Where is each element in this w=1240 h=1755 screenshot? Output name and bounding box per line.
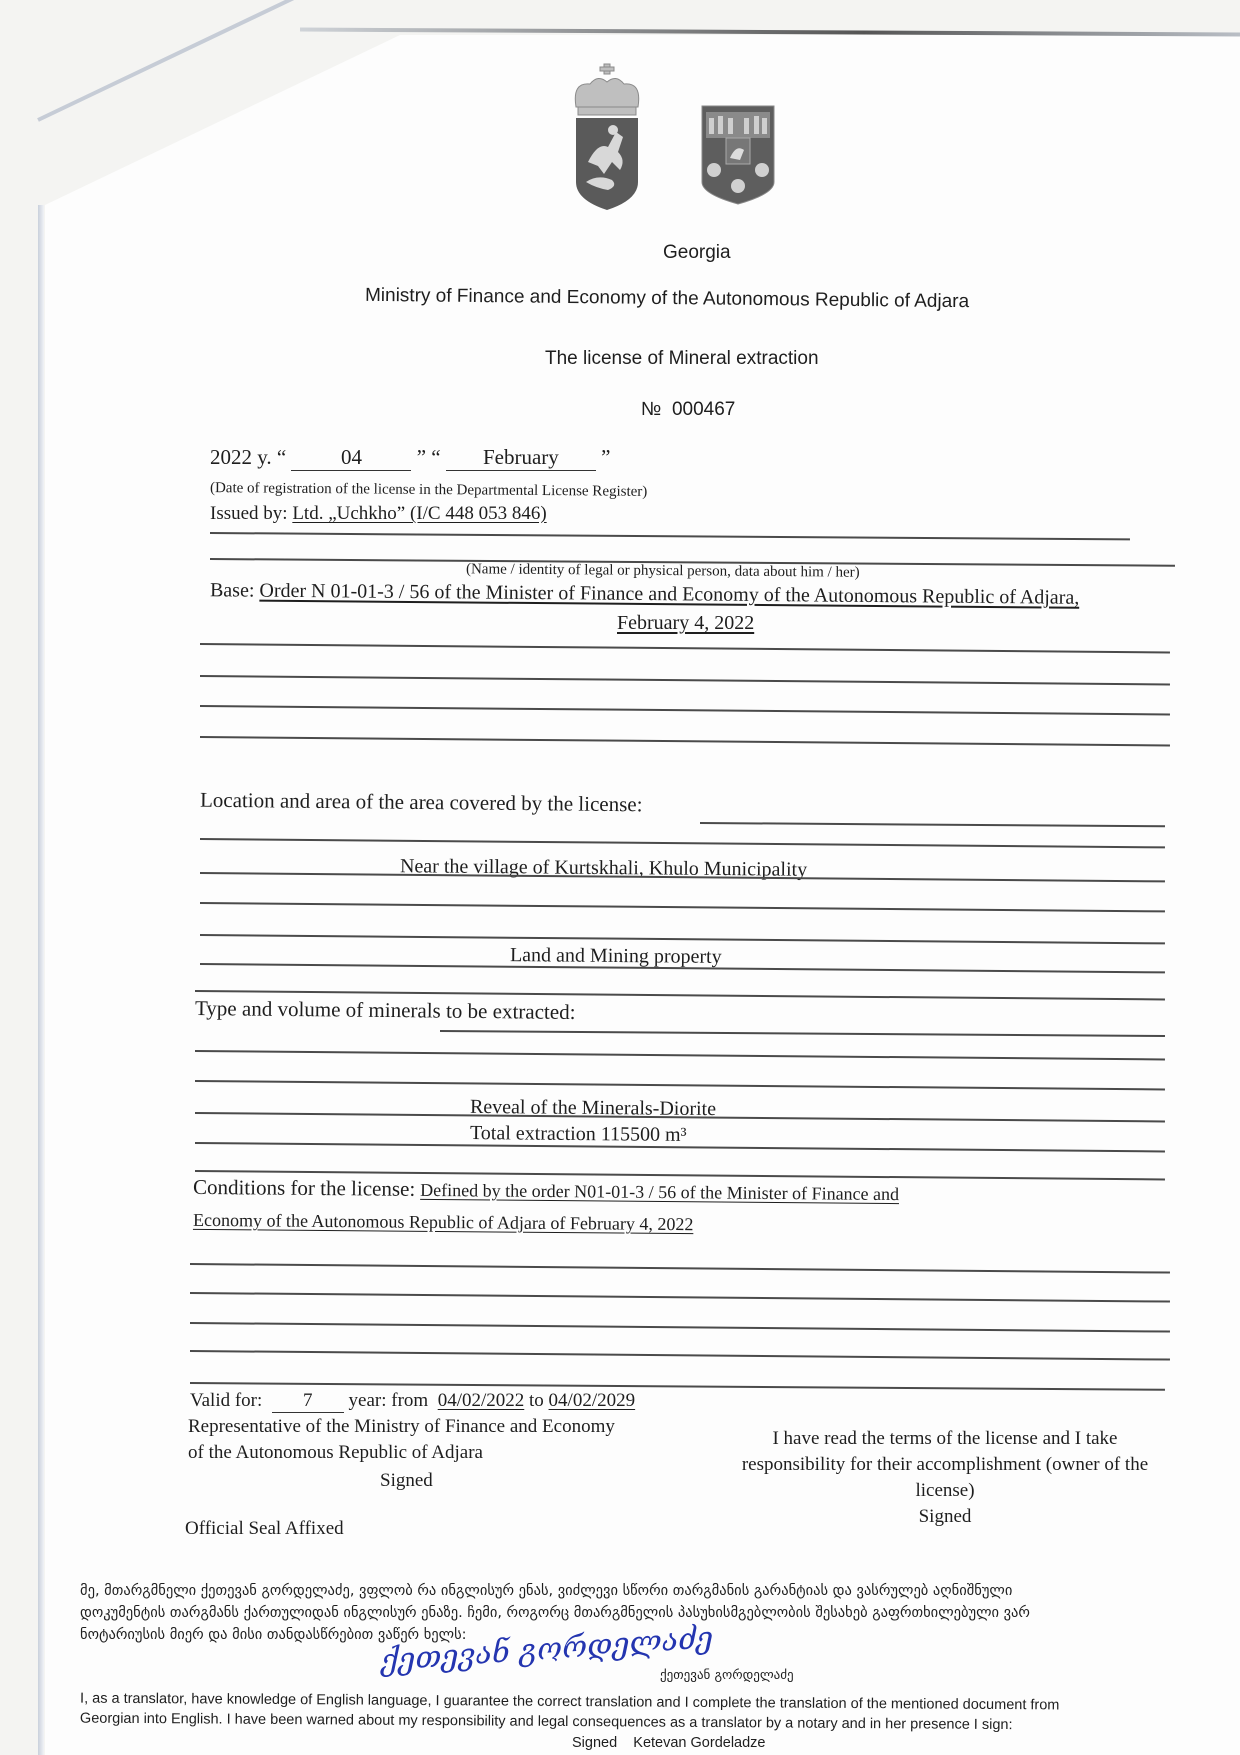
quote-mark: ” “: [417, 445, 441, 469]
valid-to-date: 04/02/2029: [549, 1390, 636, 1411]
ministry-representative: Representative of the Ministry of Financ…: [188, 1416, 615, 1438]
translator-signature-line: Signed Ketevan Gordeladze: [572, 1735, 765, 1751]
validity-row: Valid for: 7 year: from 04/02/2022 to 04…: [190, 1390, 635, 1413]
official-seal-note: Official Seal Affixed: [185, 1518, 344, 1540]
ministry-representative-cont: of the Autonomous Republic of Adjara: [188, 1442, 483, 1464]
conditions-value-cont: Economy of the Autonomous Republic of Ad…: [193, 1210, 694, 1235]
issued-by-label: Issued by:: [210, 503, 288, 524]
owner-text-line: responsibility for their accomplishment …: [700, 1452, 1190, 1478]
translator-printed-name-georgian: ქეთევან გორდელაძე: [660, 1668, 794, 1683]
location-label: Location and area of the area covered by…: [200, 788, 643, 818]
georgia-coat-of-arms-icon: [568, 62, 646, 212]
translator-name: Ketevan Gordeladze: [633, 1735, 765, 1751]
base-value-date: February 4, 2022: [617, 612, 754, 635]
quote-mark: “: [277, 445, 286, 469]
adjara-coat-of-arms-icon: [700, 104, 776, 206]
owner-acknowledgement: I have read the terms of the license and…: [700, 1426, 1190, 1530]
year-from-label: year: from: [349, 1390, 429, 1411]
valid-years: 7: [272, 1390, 344, 1413]
registration-date: 2022 y. “ 04 ” “ February ”: [210, 445, 610, 471]
owner-signed: Signed: [700, 1504, 1190, 1530]
registration-year: 2022 y.: [210, 445, 272, 469]
issued-by-row: Issued by: Ltd. „Uchkho” (I/C 448 053 84…: [210, 503, 547, 525]
valid-for-label: Valid for:: [190, 1390, 262, 1411]
quote-mark: ”: [601, 445, 610, 469]
owner-text-line: I have read the terms of the license and…: [700, 1426, 1190, 1452]
issued-by-caption: (Name / identity of legal or physical pe…: [466, 561, 860, 581]
conditions-label: Conditions for the license:: [193, 1175, 415, 1201]
minerals-label: Type and volume of minerals to be extrac…: [195, 996, 576, 1025]
license-title: The license of Mineral extraction: [545, 348, 819, 370]
number-sign: №: [641, 399, 661, 420]
mineral-volume: Total extraction 115500 m³: [470, 1122, 687, 1147]
valid-from-date: 04/02/2022: [438, 1390, 525, 1411]
conditions-value: Defined by the order N01-01-3 / 56 of th…: [420, 1180, 899, 1204]
base-label: Base:: [210, 579, 255, 601]
translator-english-text: I, as a translator, have knowledge of En…: [80, 1689, 1060, 1736]
owner-text-line: license): [700, 1478, 1190, 1504]
translator-signed-label: Signed: [572, 1735, 617, 1751]
registration-month: February: [446, 445, 596, 471]
country-heading: Georgia: [663, 242, 731, 264]
license-number-value: 000467: [672, 399, 735, 420]
issued-by-value: Ltd. „Uchkho” (I/C 448 053 846): [292, 503, 546, 524]
to-label: to: [529, 1390, 544, 1411]
page-left-edge: [38, 205, 44, 1755]
georgian-line: მე, მთარგმნელი ქეთევან გორდელაძე, ვფლობ …: [80, 1580, 1030, 1602]
ministry-signed: Signed: [380, 1470, 433, 1492]
registration-day: 04: [291, 445, 411, 471]
georgian-line: დოკუმენტის თარგმანს ქართულიდან ინგლისურ …: [80, 1602, 1030, 1624]
license-number: № 000467: [641, 399, 735, 421]
